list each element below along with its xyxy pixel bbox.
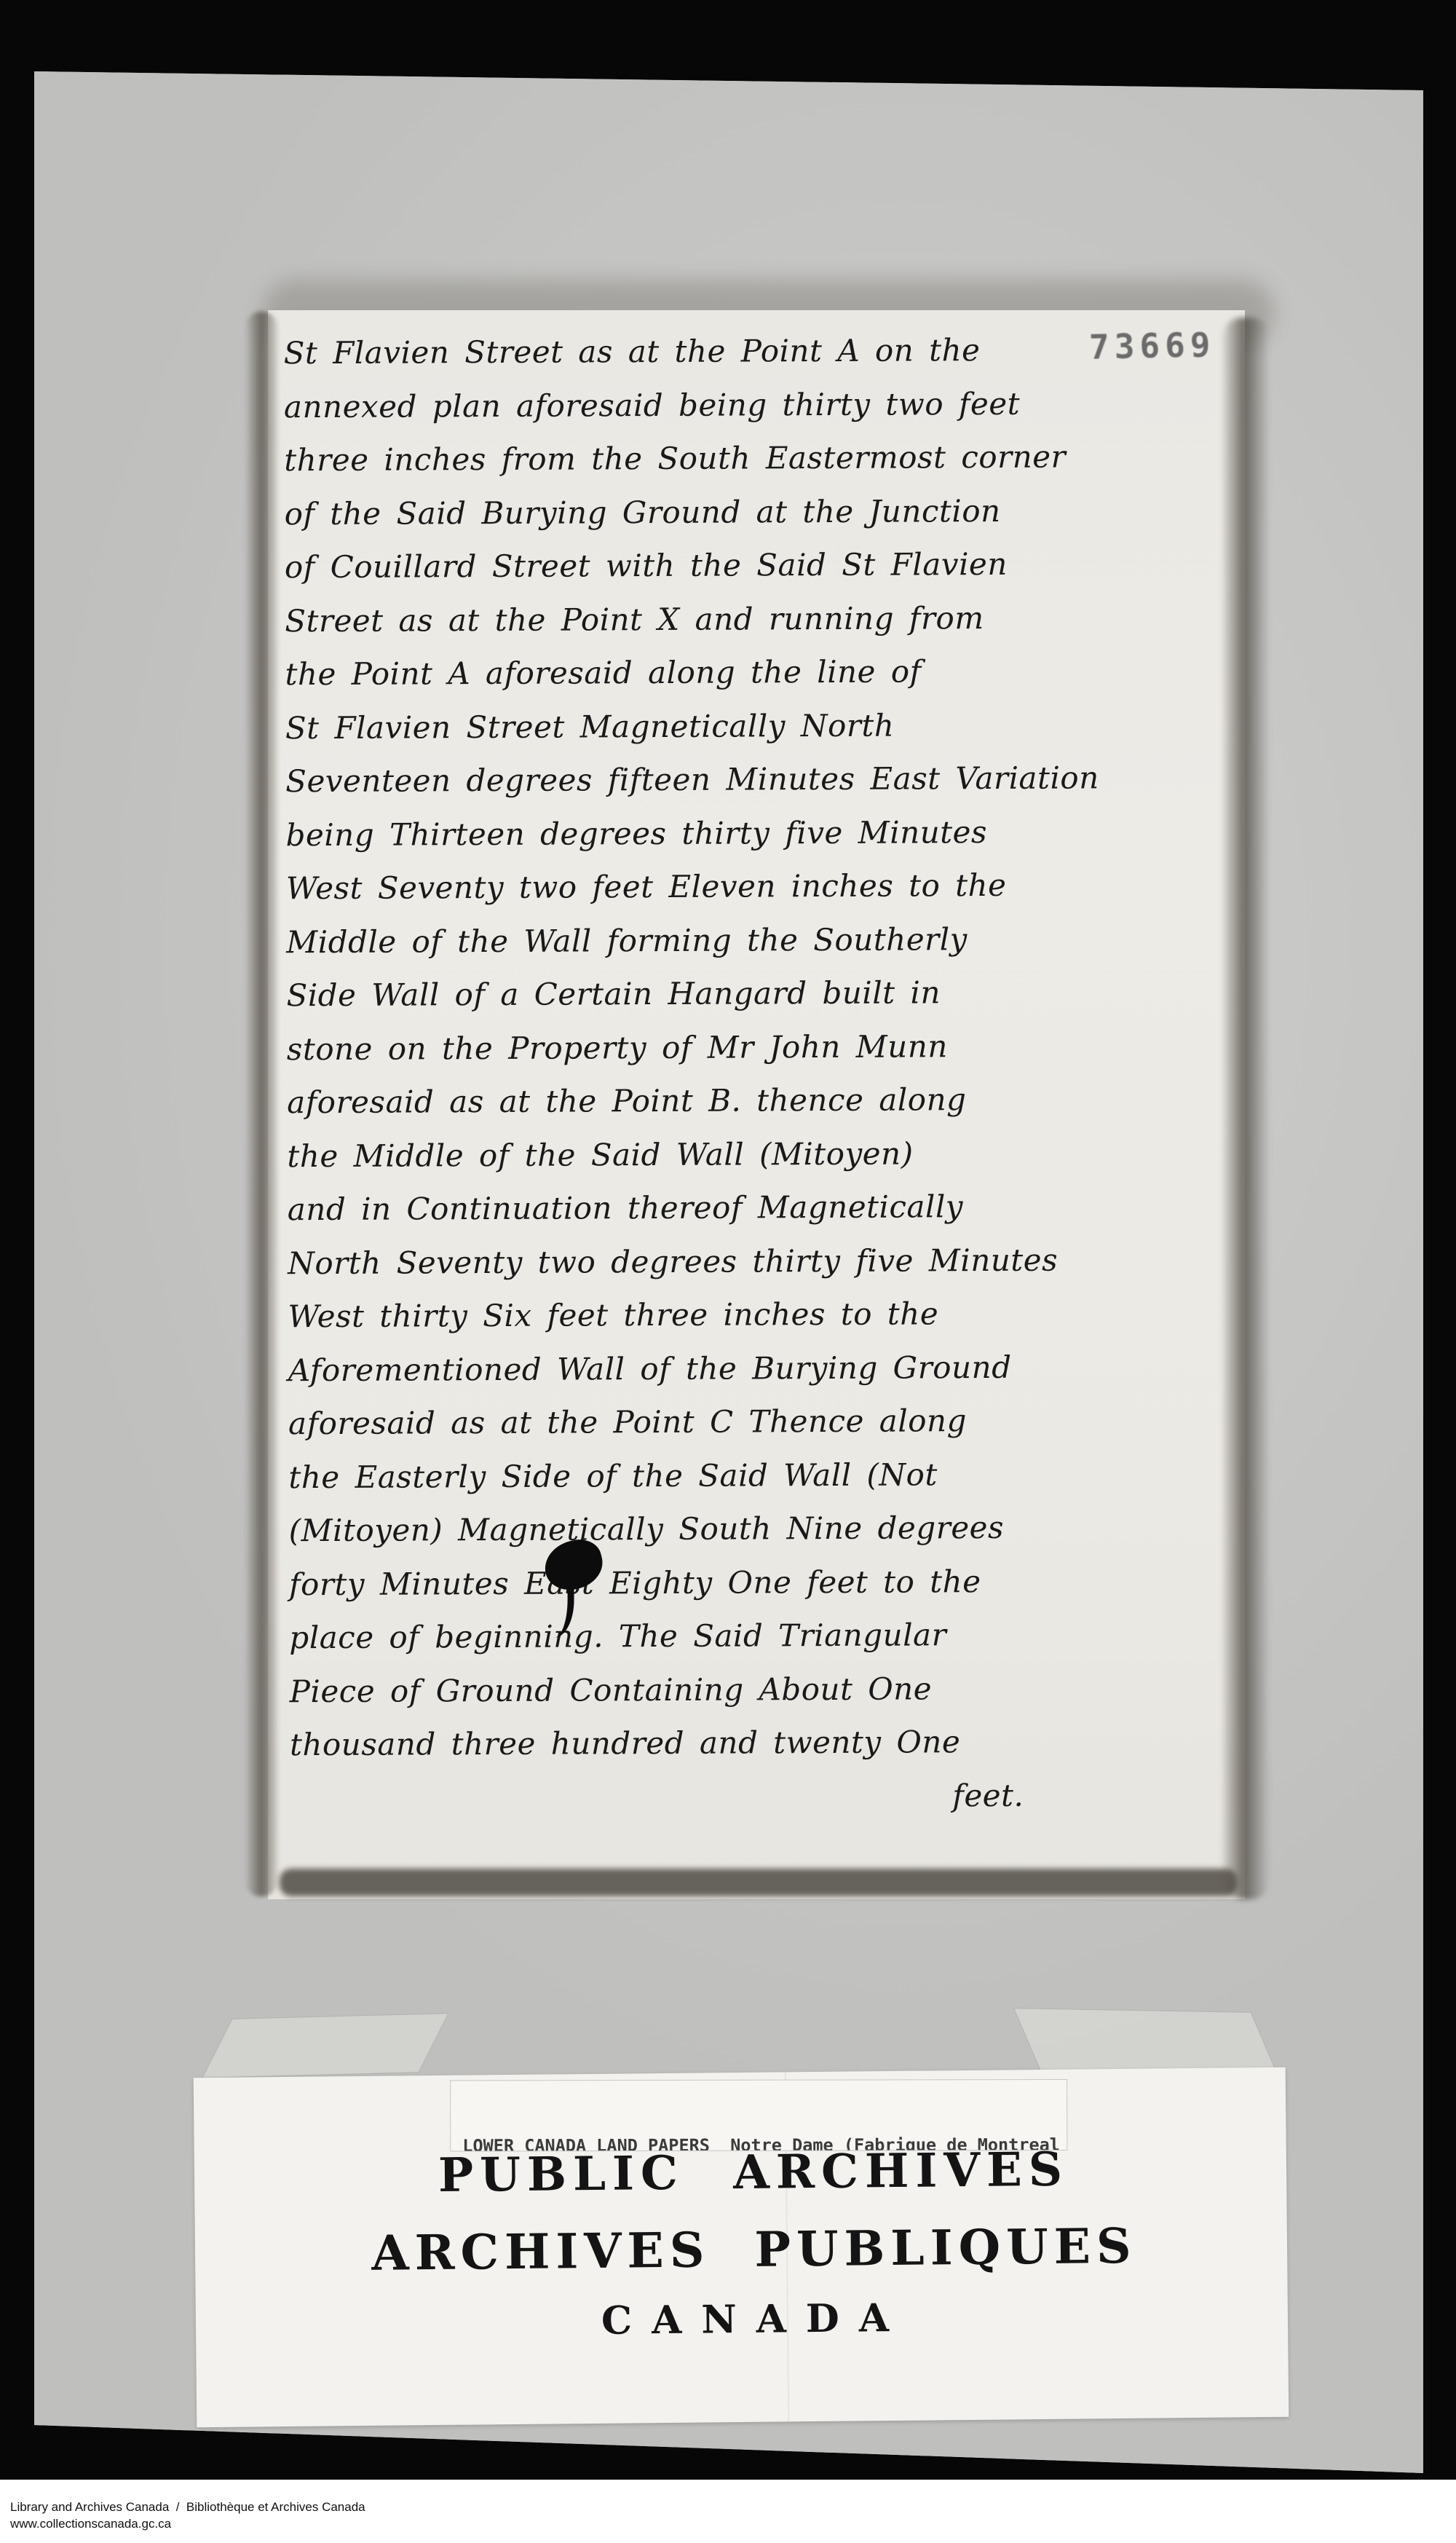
manuscript-line: aforesaid as at the Point B. thence alon… [287, 1073, 1040, 1129]
manuscript-line: West thirty Six feet three inches to the [288, 1287, 1040, 1344]
tape-piece-left [202, 2013, 448, 2078]
manuscript-line: Middle of the Wall forming the Southerly [286, 912, 1039, 969]
attribution-url: www.collectionscanada.gc.ca [10, 2517, 171, 2531]
scanned-document-screenshot: St Flavien Street as at the Point A on t… [0, 0, 1456, 2543]
manuscript-line: the Point A aforesaid along the line of [285, 644, 1037, 701]
manuscript-line: Side Wall of a Certain Hangard built in [286, 966, 1039, 1022]
archives-stamp-card: LOWER CANADA LAND PAPERS Notre Dame (Fab… [194, 2067, 1289, 2427]
manuscript-line: three inches from the South Eastermost c… [284, 430, 1037, 487]
manuscript-line: place of beginning. The Said Triangular [289, 1608, 1042, 1665]
manuscript-line: the Easterly Side of the Said Wall (Not [288, 1447, 1041, 1504]
manuscript-line: the Middle of the Said Wall (Mitoyen) [287, 1126, 1040, 1183]
attribution-text: Library and Archives Canada / Bibliothèq… [10, 2500, 365, 2515]
stamp-archives-publiques: ARCHIVES PUBLIQUES [195, 2216, 1288, 2283]
attribution-footer: Library and Archives Canada / Bibliothèq… [0, 2480, 1456, 2543]
manuscript-line: Piece of Ground Containing About One [290, 1661, 1042, 1718]
tape-piece-right [1013, 2008, 1278, 2076]
manuscript-line: St Flavien Street Magnetically North [285, 698, 1038, 754]
manuscript-line: West Seventy two feet Eleven inches to t… [286, 859, 1039, 915]
manuscript-text: St Flavien Street as at the Point A on t… [284, 323, 1043, 1825]
manuscript-line: St Flavien Street as at the Point A on t… [284, 323, 1037, 380]
typed-reference-label: LOWER CANADA LAND PAPERS Notre Dame (Fab… [450, 2079, 1067, 2151]
manuscript-line: North Seventy two degrees thirty five Mi… [288, 1233, 1040, 1290]
manuscript-line: forty Minutes East Eighty One feet to th… [289, 1554, 1042, 1611]
manuscript-line: annexed plan aforesaid being thirty two … [284, 376, 1037, 433]
film-frame: St Flavien Street as at the Point A on t… [0, 0, 1456, 2480]
manuscript-line: feet. [290, 1768, 1042, 1825]
manuscript-line: of the Said Burying Ground at the Juncti… [284, 484, 1037, 540]
stamp-canada: CANADA [196, 2292, 1289, 2347]
manuscript-line: and in Continuation thereof Magnetically [288, 1180, 1040, 1237]
manuscript-line: thousand three hundred and twenty One [290, 1715, 1042, 1772]
manuscript-line: Seventeen degrees fifteen Minutes East V… [285, 752, 1038, 808]
manuscript-line: being Thirteen degrees thirty five Minut… [285, 805, 1038, 862]
manuscript-line: stone on the Property of Mr John Munn [287, 1019, 1040, 1076]
manuscript-line: Aforementioned Wall of the Burying Groun… [288, 1340, 1041, 1397]
manuscript-line: (Mitoyen) Magnetically South Nine degree… [289, 1501, 1042, 1558]
manuscript-line: aforesaid as at the Point C Thence along [288, 1394, 1041, 1451]
manuscript-line: of Couillard Street with the Said St Fla… [285, 537, 1037, 594]
archive-number-stamp: 73669 [1088, 325, 1216, 367]
stamp-public-archives: PUBLIC ARCHIVES [194, 2140, 1287, 2205]
manuscript-line: Street as at the Point X and running fro… [285, 591, 1037, 647]
